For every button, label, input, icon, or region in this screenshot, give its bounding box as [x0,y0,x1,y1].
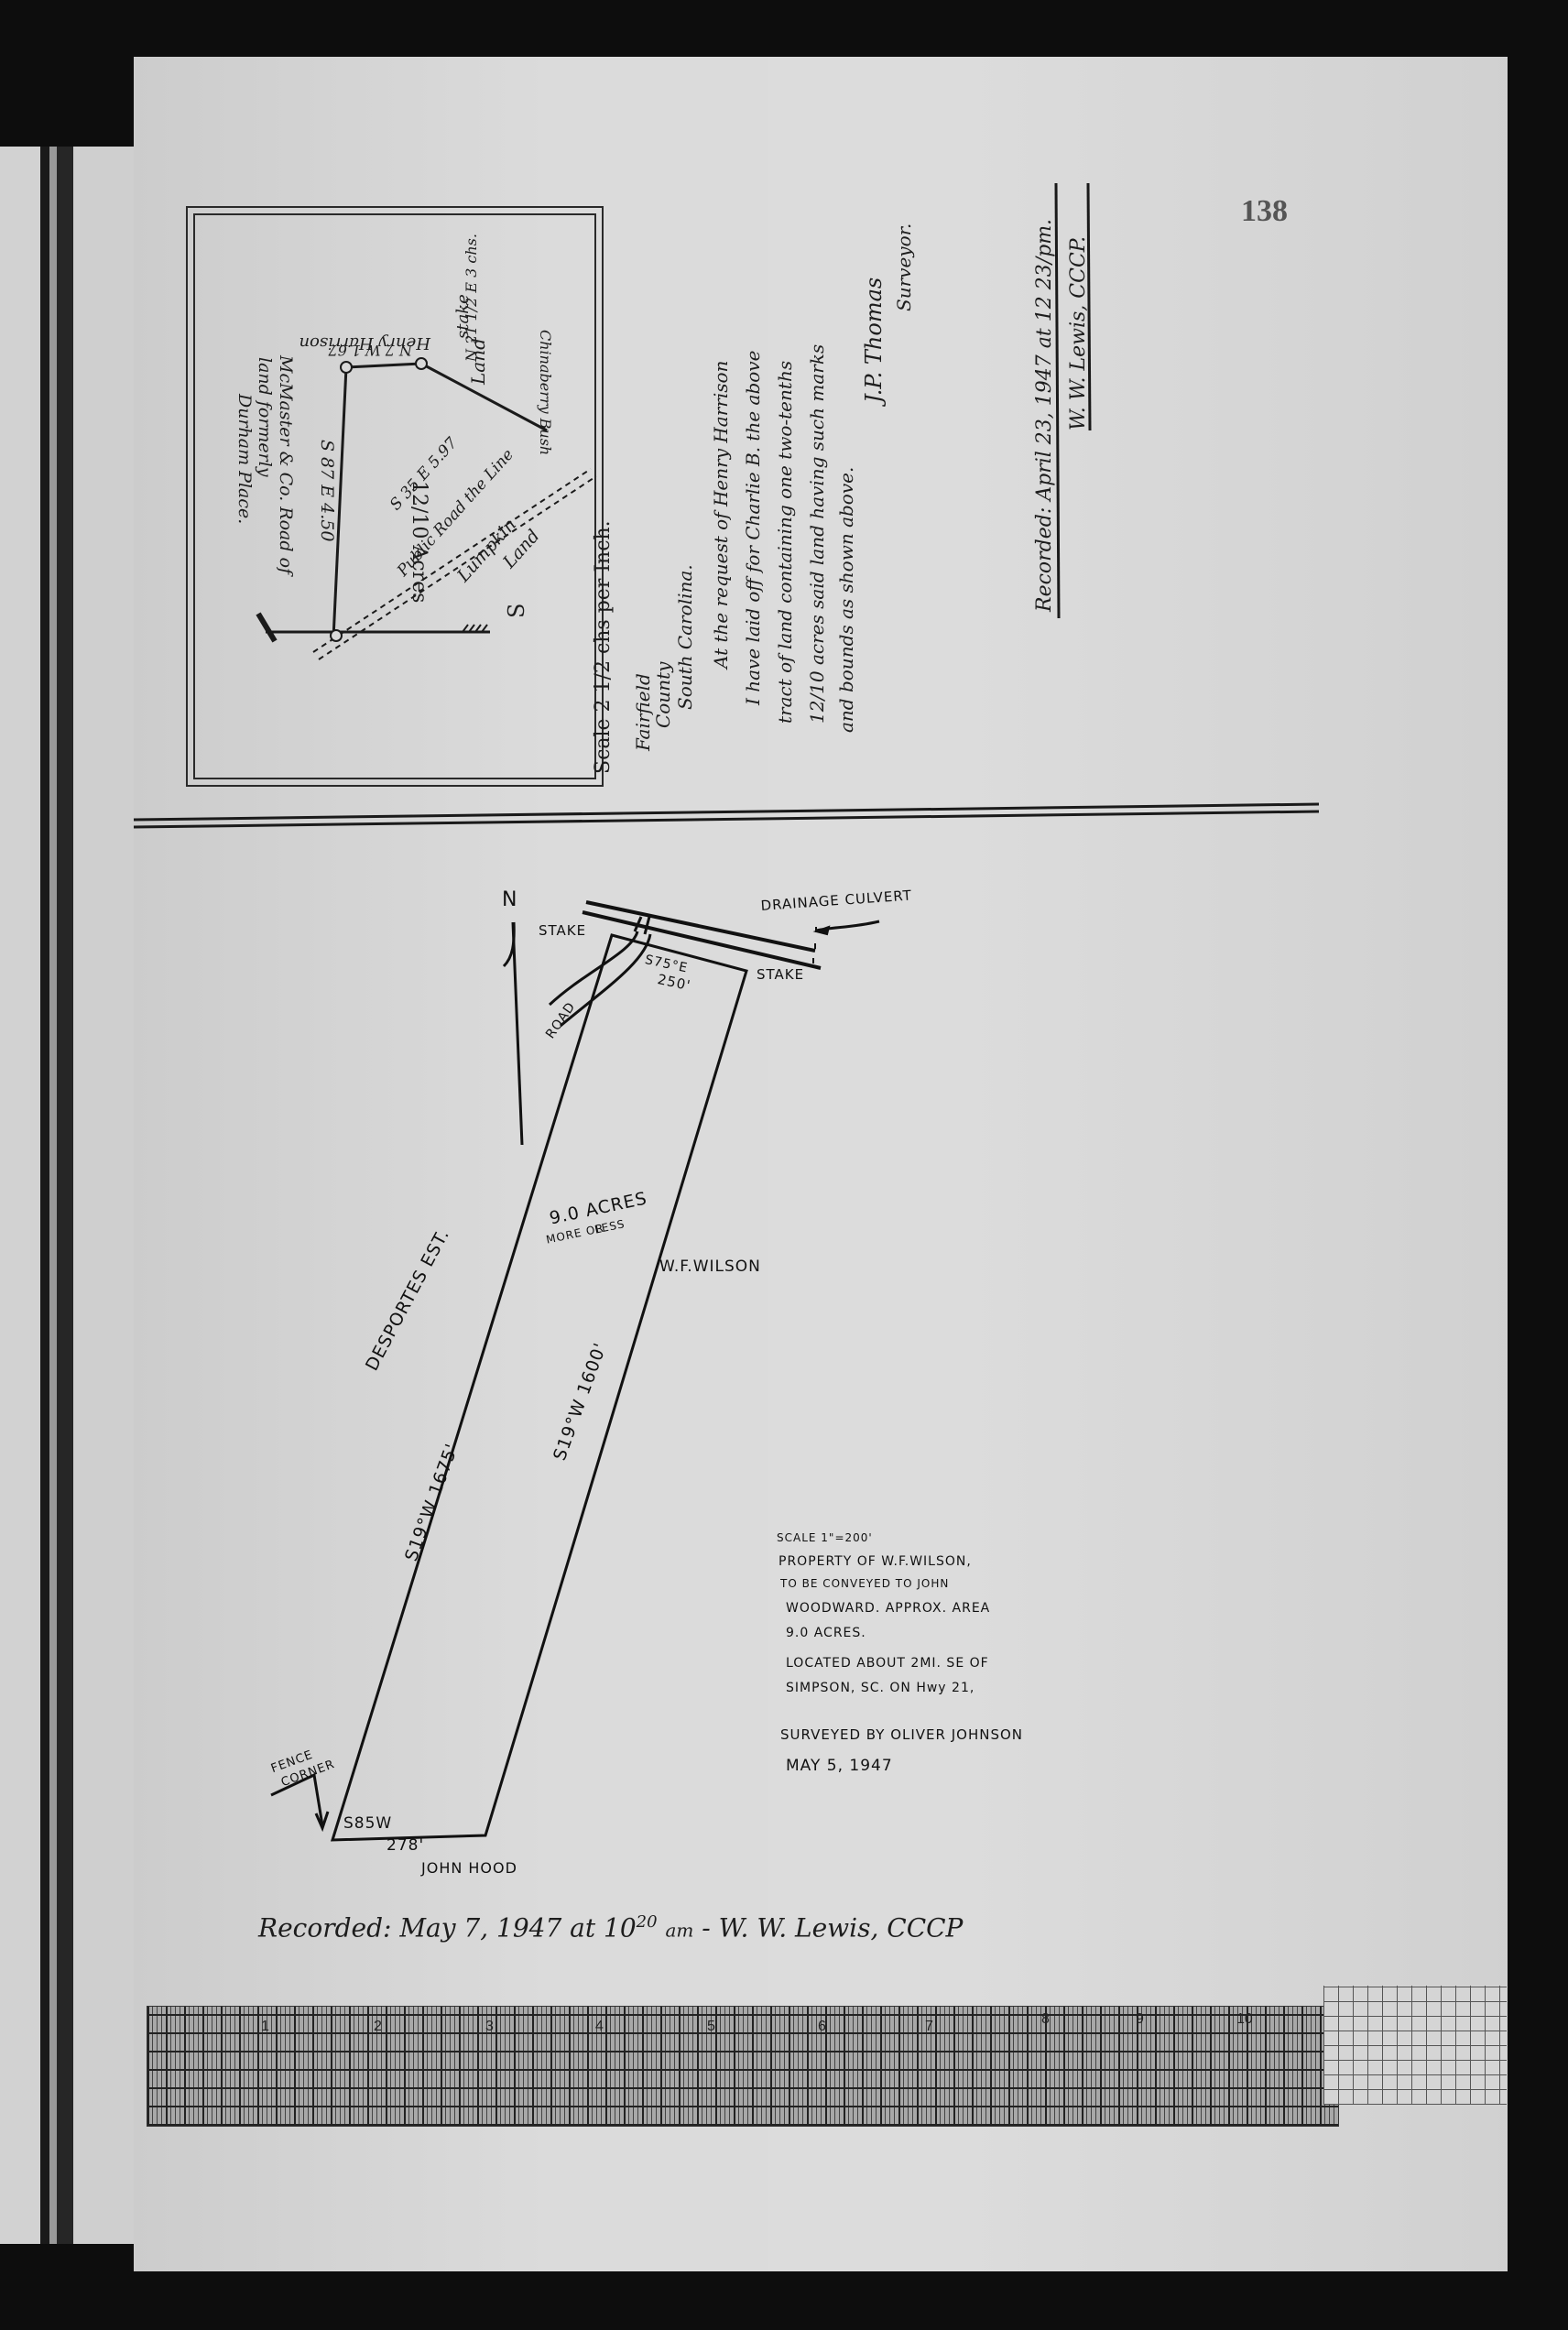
measurement-ruler [147,2006,1339,2127]
south-adjoiner-label: JOHN HOOD [421,1859,517,1877]
south-line-bearing: S85W [343,1814,392,1833]
lower-recording-time-superscript: 20 [637,1912,658,1932]
upper-plat-adjoiner-west-2: land formerly [255,357,275,477]
ruler-number-1: 1 [261,2019,269,2035]
certificate-line-4: At the request of Henry Harrison [710,361,732,669]
notes-line-7: SIMPSON, SC. ON Hwy 21, [786,1681,975,1695]
notes-line-6: LOCATED ABOUT 2MI. SE OF [786,1656,989,1671]
notes-line-1: SCALE 1"=200' [777,1531,873,1544]
upper-plat-line-west: S 87 E 4.50 [317,440,337,542]
ruler-number-7: 7 [925,2019,933,2035]
certificate-line-6: tract of land containing one two-tenths [774,361,796,724]
surveyed-by: SURVEYED BY OLIVER JOHNSON [780,1726,1023,1743]
certificate-line-1: Fairfield [632,673,654,751]
upper-plat-scale: Scale 2 1/2 chs per Inch. [592,520,615,774]
upper-plat-adjoiner-west-3: Durham Place. [234,394,255,524]
culvert-marker [813,921,879,964]
ruler-number-3: 3 [485,2019,494,2035]
ruler-number-10: 10 [1236,2011,1253,2028]
certificate-line-7: 12/10 acres said land having such marks [806,344,828,724]
ruler-number-6: 6 [818,2019,826,2035]
upper-plat-adjoiner-north-2: Land [467,338,489,385]
south-line-length: 278' [387,1836,424,1855]
lower-recording-time-suffix: am [665,1919,693,1941]
certificate-line-3: South Carolina. [674,564,696,710]
stake-northwest-label: STAKE [539,922,586,939]
certificate-line-5: I have laid off for Charlie B. the above [742,351,764,705]
section-divider [134,804,1319,827]
upper-plat-south-marker: S [504,604,529,618]
ruler-number-5: 5 [707,2019,715,2035]
survey-date: MAY 5, 1947 [786,1757,893,1775]
ruler-number-4: 4 [595,2019,604,2035]
notes-line-5: 9.0 ACRES. [786,1626,866,1640]
surveyor-signature: J.P. Thomas [861,278,887,403]
ruler-number-2: 2 [374,2019,382,2035]
measurement-ruler-end [1323,1986,1507,2105]
notes-line-4: WOODWARD. APPROX. AREA [786,1601,990,1616]
certificate-line-8: and bounds as shown above. [835,467,857,733]
survey-drawings [0,0,1568,2330]
east-adjoiner-label: W.F.WILSON [659,1258,761,1276]
notes-line-3: TO BE CONVEYED TO JOHN [780,1577,949,1590]
upper-plat-stake: stake [453,294,473,339]
upper-plat-adjoiner-east: Chinaberry Bush [537,330,554,455]
upper-plat-adjoiner-west-1: McMaster & Co. Road of [276,355,296,574]
lower-plat-parcel [332,935,746,1840]
upper-recording-line-1: Recorded: April 23, 1947 at 12 23/pm. [1033,219,1056,612]
ruler-number-9: 9 [1136,2011,1144,2028]
certificate-line-2: County [652,662,674,728]
surveyor-title: Surveyor. [893,223,915,311]
notes-line-2: PROPERTY OF W.F.WILSON, [779,1554,972,1569]
stake-northeast-label: STAKE [757,966,804,983]
lower-recording-text: Recorded: May 7, 1947 at 10 [258,1912,637,1943]
upper-recording-line-2: W. W. Lewis, CCCP. [1067,236,1090,430]
lower-recording-clerk: - W. W. Lewis, CCCP [702,1912,963,1943]
lower-recording: Recorded: May 7, 1947 at 1020 am - W. W.… [258,1912,963,1943]
ruler-number-8: 8 [1041,2011,1050,2028]
upper-plat-adjoiner-north-1: Henry Harrison [299,333,431,353]
north-arrow [504,922,522,1145]
north-label: N [502,888,517,911]
